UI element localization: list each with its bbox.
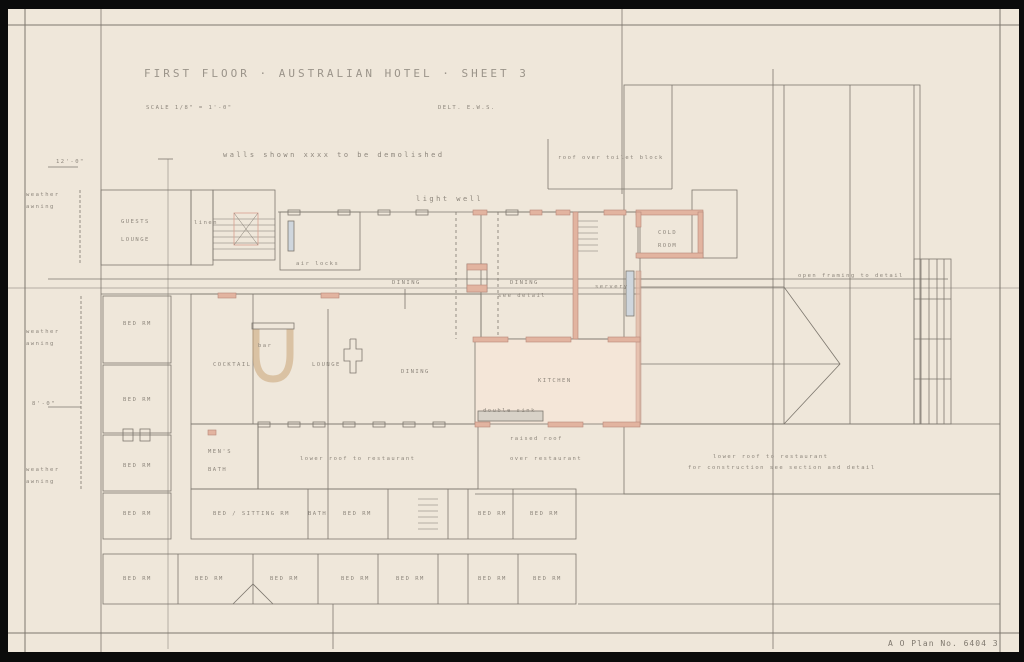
room-bed: BED RM <box>343 511 372 517</box>
room-guests-lounge: LOUNGE <box>121 237 150 243</box>
dimension-top: 12'-0" <box>56 159 85 165</box>
room-bed: BED RM <box>123 321 152 327</box>
dimension-mid: 8'-0" <box>32 401 56 407</box>
room-linen: linen <box>194 220 218 226</box>
room-bed: BED RM <box>396 576 425 582</box>
room-bed: BED RM <box>123 397 152 403</box>
awning-label: weather <box>26 329 60 335</box>
room-bath-small: BATH <box>308 511 327 517</box>
drawn-by: DELT. E.W.S. <box>438 105 496 111</box>
note-lower-roof-right: lower roof to restaurant <box>713 454 828 460</box>
room-mens: MEN'S <box>208 449 232 455</box>
room-bed: BED RM <box>530 511 559 517</box>
catalogue-reference: A O Plan No. 6404 3 <box>888 639 999 648</box>
room-dining-left: DINING <box>392 280 421 286</box>
note-roof-over-toilet: roof over toilet block <box>558 155 664 161</box>
note-raised-roof: raised roof <box>510 436 563 442</box>
room-bed: BED RM <box>270 576 299 582</box>
room-cold: COLD <box>658 230 677 236</box>
note-lower-roof-left: lower roof to restaurant <box>300 456 415 462</box>
room-bed: BED RM <box>533 576 562 582</box>
drawing-stage: FIRST FLOOR · AUSTRALIAN HOTEL · SHEET 3… <box>0 0 1024 662</box>
awning-label: weather <box>26 467 60 473</box>
awning-label: awning <box>26 341 55 347</box>
room-cocktail: COCKTAIL <box>213 362 252 368</box>
note-double-sink: double sink <box>483 408 536 414</box>
room-dining-right: DINING <box>510 280 539 286</box>
room-bed: BED RM <box>123 576 152 582</box>
room-kitchen: KITCHEN <box>538 378 572 384</box>
room-bed: BED RM <box>195 576 224 582</box>
room-bed: BED RM <box>123 511 152 517</box>
room-bed: BED RM <box>123 463 152 469</box>
room-dining-center: DINING <box>401 369 430 375</box>
note-open-framing: open framing to detail <box>798 273 904 279</box>
note-construction: for construction see section and detail <box>688 465 876 471</box>
drawing-sheet: FIRST FLOOR · AUSTRALIAN HOTEL · SHEET 3… <box>8 9 1019 652</box>
note-demolish: walls shown xxxx to be demolished <box>223 151 445 159</box>
drawing-title: FIRST FLOOR · AUSTRALIAN HOTEL · SHEET 3 <box>144 67 529 80</box>
note-over-restaurant: over restaurant <box>510 456 582 462</box>
room-cold: ROOM <box>658 243 677 249</box>
room-bath: BATH <box>208 467 227 473</box>
room-bed: BED RM <box>478 511 507 517</box>
room-bar: bar <box>258 343 272 349</box>
room-air-locks: air locks <box>296 261 339 267</box>
awning-label: awning <box>26 479 55 485</box>
room-bed: BED RM <box>478 576 507 582</box>
room-bed: BED RM <box>341 576 370 582</box>
note-light-well: light well <box>416 195 483 203</box>
awning-label: weather <box>26 192 60 198</box>
drawing-scale: SCALE 1/8" = 1'-0" <box>146 105 233 111</box>
awning-label: awning <box>26 204 55 210</box>
note-see-detail: see detail <box>498 293 546 299</box>
room-servery: servery <box>595 284 629 290</box>
room-bed-sitting: BED / SITTING RM <box>213 511 290 517</box>
room-lounge: LOUNGE <box>312 362 341 368</box>
room-guests-lounge: GUESTS <box>121 219 150 225</box>
